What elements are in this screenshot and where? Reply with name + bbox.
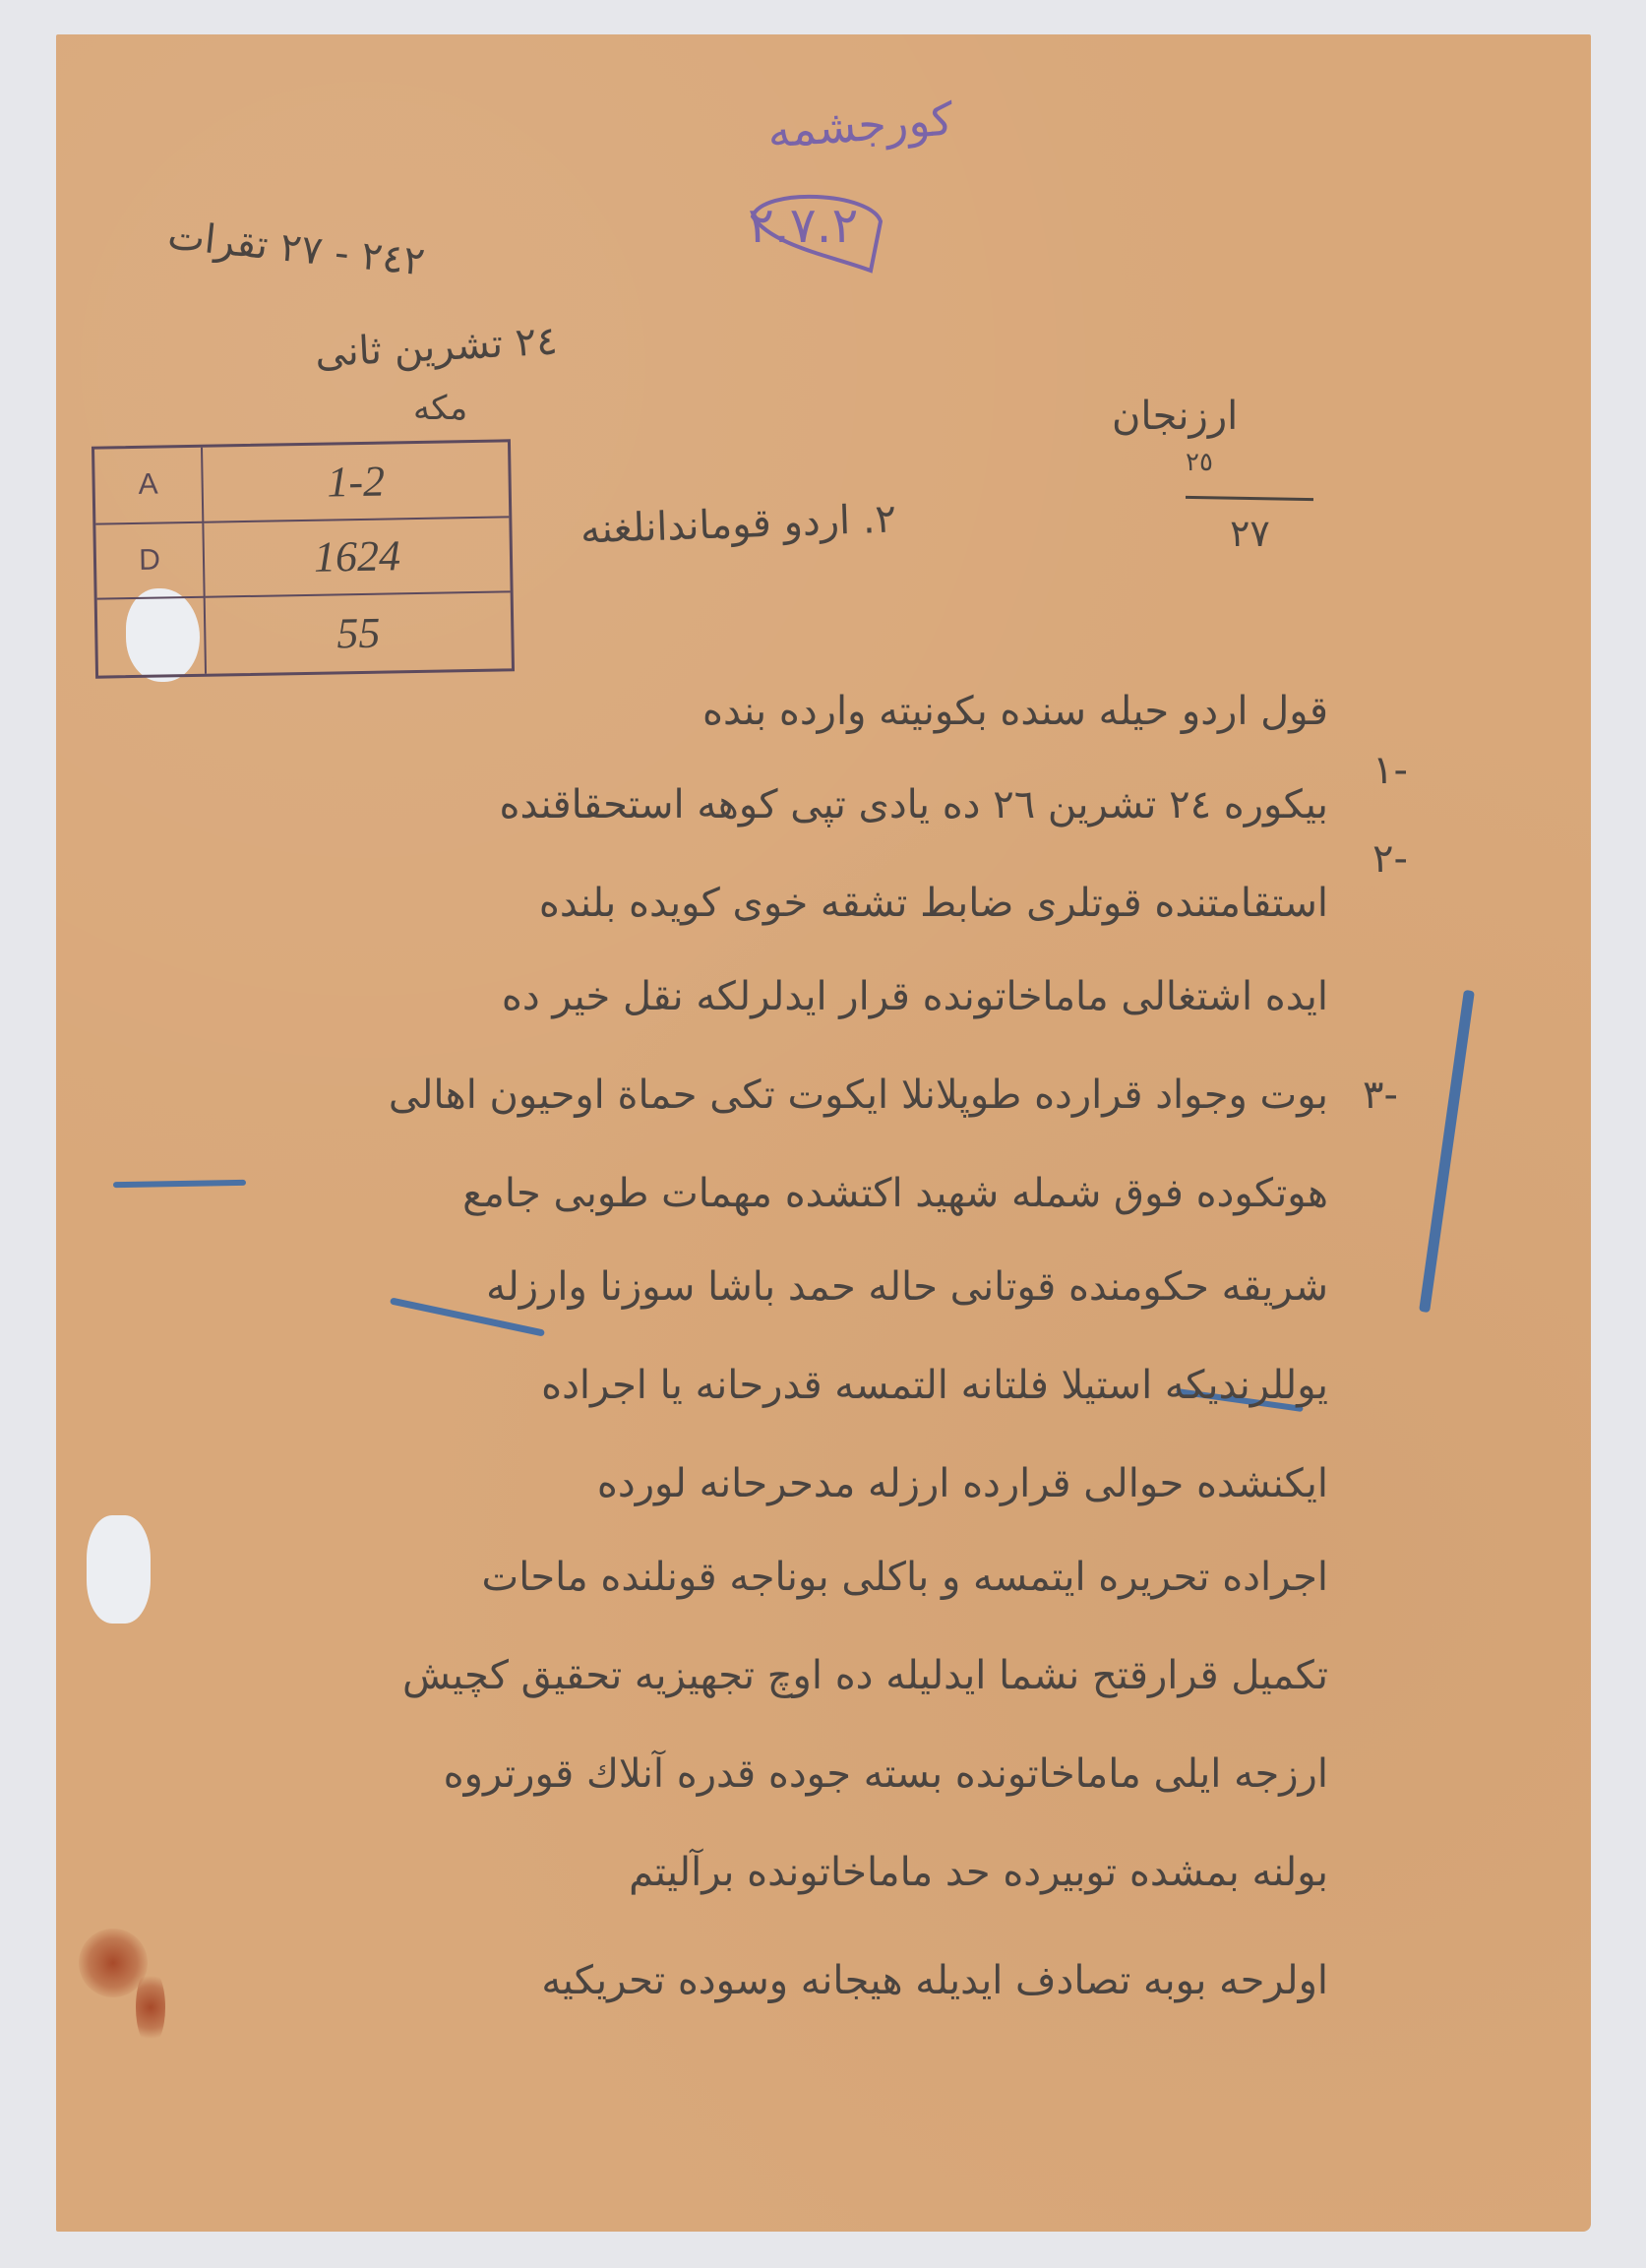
body-line: شریقه حکومنده قوتانی حاله حمد باشا سوزنا… <box>486 1264 1328 1310</box>
stamp-value: 1-2 <box>203 442 509 522</box>
body-line: بوت وجواد قرارده طوپلانلا ایکوت تکی حماة… <box>389 1073 1328 1118</box>
item-number-3: ٣- <box>1363 1073 1398 1118</box>
stamp-value: 1624 <box>204 518 510 598</box>
purple-loop-mark <box>743 177 920 285</box>
header-date-line3: مکه <box>413 389 467 428</box>
punch-hole <box>87 1515 151 1624</box>
body-line: ایکنشده حوالی قرارده ارزله مدحرحانه لورد… <box>597 1461 1328 1506</box>
stamp-key: D <box>95 522 205 600</box>
body-line: یوللرندیکه استیلا فلتانه التمسه قدرحانه … <box>541 1363 1328 1408</box>
body-line: استقامتنده قوتلری ضابط تشقه خوی کویده بل… <box>539 881 1328 926</box>
body-line: بولنه بمشده توبیرده حد ماماخاتونده برآلی… <box>629 1850 1328 1895</box>
stamp-key: A <box>94 448 204 525</box>
stamp-key <box>97 598 207 676</box>
document-body: قول اردو حیله سنده بکونیته وارده بنده بی… <box>148 689 1328 2145</box>
item-number-1: ١- <box>1372 748 1408 793</box>
heading-superscript: ٢٥ <box>1186 448 1213 477</box>
body-line: بیکوره ٢٤ تشرین ٢٦ ده یادی تپی کوهه استح… <box>500 782 1328 828</box>
body-line: اولرحه بوبه تصادف ایدیله هیجانه وسوده تح… <box>541 1958 1328 2003</box>
stamp-value: 55 <box>206 593 512 674</box>
body-line: اجراده تحریره ایتمسه و باکلی بوناجه قونل… <box>482 1555 1328 1600</box>
body-line: تکمیل قرارقتح نشما ایدلیله ده اوچ تجهیزی… <box>402 1653 1328 1698</box>
body-line: هوتکوده فوق شمله شهید اکتشده مهمات طوبی … <box>462 1171 1328 1216</box>
body-line: ارزجه ایلی ماماخاتونده بسته جوده قدره آن… <box>444 1751 1328 1797</box>
body-line: قول اردو حیله سنده بکونیته وارده بنده <box>702 689 1328 734</box>
item-number-2: ٢- <box>1372 836 1408 882</box>
heading-city: ارزنجان <box>1112 394 1238 439</box>
body-line: ایده اشتغالی ماماخاتونده قرار ایدلرلکه ن… <box>502 974 1328 1019</box>
heading-number: ٢٧ <box>1230 512 1270 555</box>
archive-stamp: A 1-2 D 1624 55 <box>91 439 515 678</box>
